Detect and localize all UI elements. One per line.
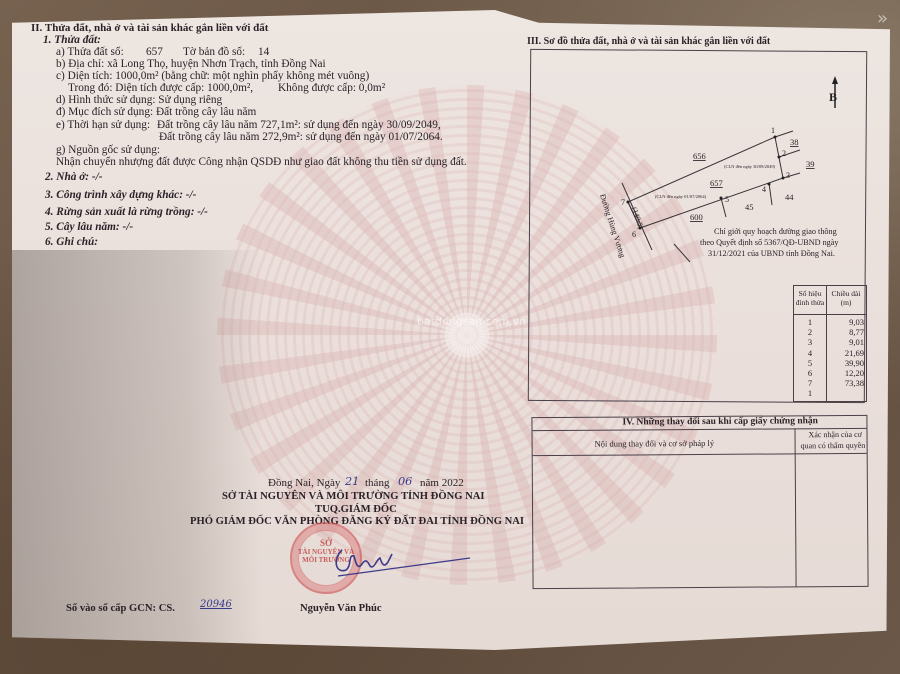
parcel-39: 39 [806, 159, 815, 169]
length-cell [827, 388, 864, 398]
point-cell: 1 [794, 388, 826, 398]
cln-label-1: (CLN đến ngày 30/09/2049) [724, 164, 776, 169]
length-cell: 12,20 [827, 368, 864, 378]
authority-confirm-header-1: Xác nhận của cơ [809, 431, 862, 439]
length-cell: 21,69 [827, 348, 864, 358]
point-cell: 1 [794, 317, 826, 327]
point-cell: 6 [794, 368, 826, 378]
table-line [533, 453, 867, 456]
table-col-line [794, 428, 796, 586]
point-cell: 3 [794, 337, 826, 347]
parcel-657: 657 [710, 178, 723, 188]
planning-note-2: theo Quyết định số 5367/QĐ-UBND ngày [700, 239, 839, 247]
length-cell: 39,90 [827, 358, 864, 368]
planning-note-3: 31/12/2021 của UBND tỉnh Đồng Nai. [708, 250, 835, 258]
parcel-45: 45 [745, 202, 754, 212]
point-column: 12345671 [794, 317, 826, 399]
changes-content-header: Nội dung thay đổi và cơ sở pháp lý [595, 439, 715, 448]
col-point-header: Số hiệu đỉnh thửa [794, 289, 826, 307]
point-6: 6 [632, 230, 636, 239]
section-4-title: IV. Những thay đổi sau khi cấp giấy chứn… [622, 417, 818, 428]
point-cell: 5 [794, 358, 826, 368]
planning-note-1: Chỉ giới quy hoạch đường giao thông [714, 228, 837, 236]
authority-confirm-header-2: quan có thẩm quyền [801, 442, 866, 450]
parcel-656: 656 [693, 151, 706, 161]
changes-table: IV. Những thay đổi sau khi cấp giấy chứn… [531, 415, 868, 589]
edge-length-table: Số hiệu đỉnh thửa Chiều dài (m) 12345671… [793, 285, 867, 402]
parcel-44: 44 [785, 192, 794, 202]
point-cell: 7 [794, 378, 826, 388]
length-cell: 9,03 [827, 317, 864, 327]
length-cell: 9,01 [827, 337, 864, 347]
svg-text:B: B [829, 90, 837, 104]
length-cell: 8,77 [827, 327, 864, 337]
road-width: (140-5) [630, 206, 646, 231]
point-1: 1 [771, 126, 775, 135]
length-cell: 73,38 [827, 378, 864, 388]
col-length-header: Chiều dài (m) [827, 289, 865, 307]
point-3: 3 [786, 171, 790, 180]
point-cell: 2 [794, 327, 826, 337]
point-cell: 4 [794, 348, 826, 358]
point-7: 7 [621, 198, 625, 207]
point-4: 4 [762, 185, 766, 194]
length-column: 9,038,779,0121,6939,9012,2073,38 [827, 317, 864, 399]
point-2: 2 [782, 149, 786, 158]
parcel-600: 600 [690, 212, 703, 222]
point-5: 5 [725, 195, 729, 204]
north-arrow-icon: B [829, 76, 838, 108]
cln-label-2: (CLN đến ngày 01/07/2064) [655, 194, 707, 199]
parcel-38: 38 [790, 137, 799, 147]
